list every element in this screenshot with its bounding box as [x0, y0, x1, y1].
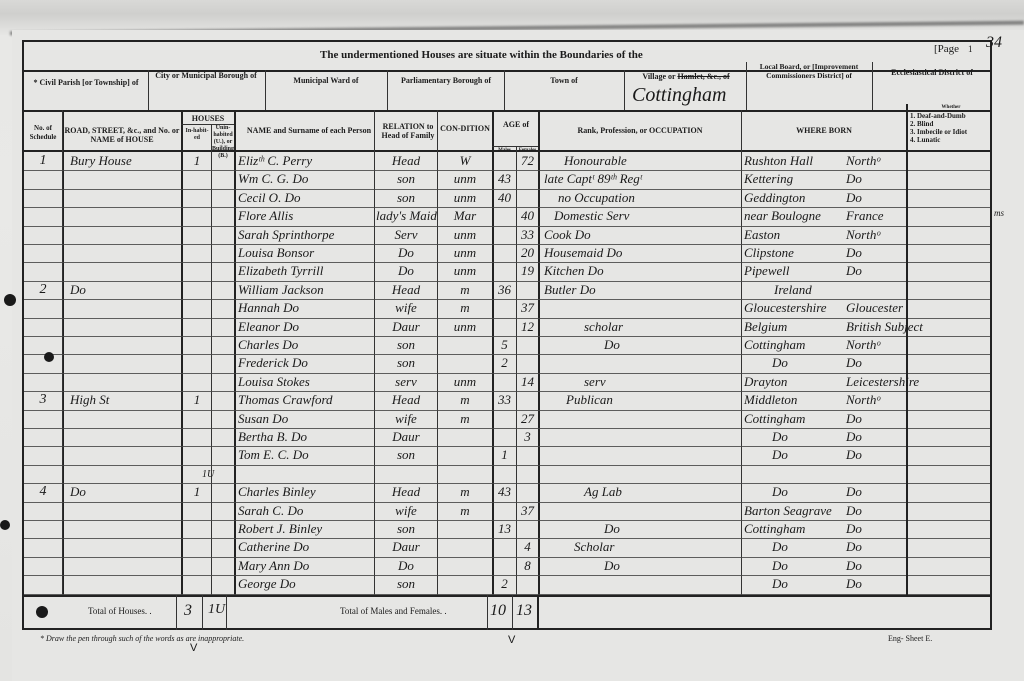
cell-born-county: Do: [846, 484, 906, 500]
cell-relation: Daur: [376, 539, 436, 555]
cell-born-county: Do: [846, 539, 906, 555]
row-rule: [908, 336, 990, 337]
whether-title: Whether: [910, 104, 992, 112]
cell-name: William Jackson: [238, 282, 374, 298]
total-females: 13: [516, 602, 532, 620]
cell-born-county: Gloucester: [846, 300, 906, 316]
row-rule: [908, 299, 990, 300]
row-rule: [908, 557, 990, 558]
cell-occupation: no Occupation: [558, 190, 754, 206]
row-rule: [908, 428, 990, 429]
binding-hole: [36, 606, 48, 618]
cell-born-county: Do: [846, 558, 906, 574]
cell-inhabited: 1: [183, 484, 211, 500]
cell-male-age: 2: [493, 576, 516, 592]
cell-name: Robert J. Binley: [238, 521, 374, 537]
row-rule: [908, 520, 990, 521]
cell-born-county: Do: [846, 263, 906, 279]
total-houses-label: Total of Houses. .: [88, 606, 152, 616]
col-occupation: Rank, Profession, or OCCUPATION: [540, 126, 740, 135]
civil-parish-label: * Civil Parish [or Township] of: [26, 78, 146, 87]
cell-born-county: Leicestershire: [846, 374, 906, 390]
ecclesiastical-label: Ecclesiastical District of: [874, 68, 990, 77]
binding-hole: [44, 352, 54, 362]
cell-born-place: Easton: [744, 227, 854, 243]
cell-occupation: Publican: [566, 392, 762, 408]
cell-female-age: 14: [517, 374, 538, 390]
page-number: 1: [968, 44, 973, 54]
cell-relation: Do: [376, 263, 436, 279]
total-uninhabited: 1U: [208, 602, 225, 618]
row-rule: [908, 170, 990, 171]
cell-road: Do: [70, 282, 180, 298]
col-males: Males: [493, 147, 516, 154]
cell-occupation: Domestic Serv: [554, 208, 750, 224]
row-rule: [908, 575, 990, 576]
cell-name: Bertha B. Do: [238, 429, 374, 445]
parliamentary-borough-label: Parliamentary Borough of: [390, 76, 502, 85]
col-whether: Whether 1. Deaf-and-Dumb 2. Blind 3. Imb…: [910, 104, 992, 144]
row-rule: [908, 410, 990, 411]
row-rule: [908, 207, 990, 208]
cell-relation: lady's Maid: [376, 208, 436, 224]
cell-condition: unm: [439, 227, 491, 243]
cell-born-county: Do: [846, 576, 906, 592]
cell-born-county: Do: [846, 171, 906, 187]
cell-born-county: Do: [846, 190, 906, 206]
col-relation: RELATION to Head of Family: [380, 122, 436, 140]
row-rule: [908, 262, 990, 263]
row-rule: [908, 226, 990, 227]
cell-born-place: Cottingham: [744, 411, 854, 427]
sheet-code: Eng- Sheet E.: [888, 634, 932, 643]
cell-relation: Daur: [376, 429, 436, 445]
cell-name: Charles Binley: [238, 484, 374, 500]
margin-note: ms: [994, 208, 1004, 218]
cell-relation: Daur: [376, 319, 436, 335]
cell-relation: serv: [376, 374, 436, 390]
cell-relation: son: [376, 576, 436, 592]
cell-relation: Do: [376, 245, 436, 261]
cell-born-county: France: [846, 208, 906, 224]
cell-road: Bury House: [70, 153, 180, 169]
binding-hole: [0, 520, 10, 530]
village-value: Cottingham: [632, 84, 726, 107]
cell-name: Catherine Do: [238, 539, 374, 555]
cell-condition: unm: [439, 190, 491, 206]
col-name: NAME and Surname of each Person: [246, 126, 372, 135]
check-mark-1: V: [190, 642, 197, 654]
check-mark-2: V: [508, 634, 515, 646]
cell-relation: Head: [376, 282, 436, 298]
col-uninhabited: Unin-habited (U.), or Building (B.): [212, 125, 234, 160]
cell-born-place: Clipstone: [744, 245, 854, 261]
col-houses: HOUSES: [183, 114, 233, 123]
row-rule: [908, 281, 990, 282]
cell-occupation: Scholar: [574, 539, 770, 555]
footnote: * Draw the pen through such of the words…: [40, 634, 244, 643]
cell-name: George Do: [238, 576, 374, 592]
whether-item-1: 1. Deaf-and-Dumb: [910, 112, 992, 120]
cell-name: Elizᵗʰ C. Perry: [238, 153, 374, 169]
folio-number: 34: [986, 34, 1002, 52]
row-rule: [908, 446, 990, 447]
cell-occupation: Housemaid Do: [544, 245, 740, 261]
cell-born-place: Drayton: [744, 374, 854, 390]
cell-name: Louisa Bonsor: [238, 245, 374, 261]
cell-male-age: 40: [493, 190, 516, 206]
cell-name: Tom E. C. Do: [238, 447, 374, 463]
cell-name: Susan Do: [238, 411, 374, 427]
cell-born-county: Do: [846, 245, 906, 261]
cell-name: Cecil O. Do: [238, 190, 374, 206]
cell-schedule: 1: [24, 153, 62, 169]
cell-relation: wife: [376, 300, 436, 316]
col-condition: CON-DITION: [440, 124, 490, 133]
total-inhabited: 3: [184, 602, 192, 620]
cell-born-place: Belgium: [744, 319, 854, 335]
row-rule: [908, 538, 990, 539]
cell-relation: son: [376, 521, 436, 537]
cell-female-age: 72: [517, 153, 538, 169]
row-rule: [24, 465, 906, 466]
col-age: AGE of: [494, 120, 538, 129]
cell-born-county: Northᵒ: [846, 392, 906, 408]
col-inhabited: In-habit-ed: [183, 128, 211, 142]
page-label: [Page: [934, 43, 959, 55]
cell-female-age: 8: [517, 558, 538, 574]
cell-born-place: Geddington: [744, 190, 854, 206]
cell-born-place: near Boulogne: [744, 208, 854, 224]
cell-condition: m: [439, 411, 491, 427]
col-where-born: WHERE BORN: [743, 126, 905, 135]
row-rule: [908, 391, 990, 392]
cell-occupation: Ag Lab: [584, 484, 780, 500]
cell-relation: Head: [376, 153, 436, 169]
cell-occupation: Butler Do: [544, 282, 740, 298]
cell-road: Do: [70, 484, 180, 500]
cell-relation: son: [376, 447, 436, 463]
cell-male-age: 43: [493, 171, 516, 187]
cell-born-place: Kettering: [744, 171, 854, 187]
cell-relation: Do: [376, 558, 436, 574]
cell-relation: Head: [376, 392, 436, 408]
cell-occupation: Cook Do: [544, 227, 740, 243]
cell-relation: son: [376, 337, 436, 353]
cell-name: Elizabeth Tyrrill: [238, 263, 374, 279]
row-rule: [908, 373, 990, 374]
cell-female-age: 37: [517, 300, 538, 316]
cell-male-age: 2: [493, 355, 516, 371]
total-males: 10: [490, 602, 506, 620]
cell-condition: m: [439, 484, 491, 500]
cell-born-place: Rushton Hall: [744, 153, 854, 169]
cell-name: Louisa Stokes: [238, 374, 374, 390]
cell-relation: Serv: [376, 227, 436, 243]
local-board-label: Local Board, or [Improvement Commissione…: [748, 62, 870, 80]
col-road: ROAD, STREET, &c., and No. or NAME of HO…: [64, 126, 180, 144]
cell-male-age: 5: [493, 337, 516, 353]
cell-relation: son: [376, 355, 436, 371]
cell-female-age: 12: [517, 319, 538, 335]
cell-name: Thomas Crawford: [238, 392, 374, 408]
cell-occupation: late Captᵗ 89ᵗʰ Regᵗ: [544, 171, 740, 187]
whether-item-2: 2. Blind: [910, 120, 992, 128]
cell-name: Mary Ann Do: [238, 558, 374, 574]
cell-born-place: Cottingham: [744, 337, 854, 353]
cell-male-age: 43: [493, 484, 516, 500]
cell-condition: m: [439, 503, 491, 519]
cell-condition: m: [439, 392, 491, 408]
cell-relation: wife: [376, 411, 436, 427]
cell-schedule: 3: [24, 392, 62, 408]
cell-female-age: 37: [517, 503, 538, 519]
cell-born-place: Barton Seagrave: [744, 503, 854, 519]
cell-male-age: 13: [493, 521, 516, 537]
cell-name: Flore Allis: [238, 208, 374, 224]
town-label: Town of: [506, 76, 622, 85]
cell-born-county: Do: [846, 447, 906, 463]
cell-schedule: 2: [24, 282, 62, 298]
cell-born-county: Do: [846, 411, 906, 427]
cell-name: Charles Do: [238, 337, 374, 353]
cell-female-age: 3: [517, 429, 538, 445]
cell-male-age: 1: [493, 447, 516, 463]
row-rule: [908, 354, 990, 355]
cell-condition: unm: [439, 319, 491, 335]
cell-born-county: Northᵒ: [846, 337, 906, 353]
cell-male-age: 36: [493, 282, 516, 298]
cell-born-place: Pipewell: [744, 263, 854, 279]
cell-born-county: Do: [846, 355, 906, 371]
cell-born-county: Northᵒ: [846, 153, 906, 169]
row-rule: [908, 483, 990, 484]
cell-name: Sarah Sprinthorpe: [238, 227, 374, 243]
cell-relation: son: [376, 171, 436, 187]
cell-born-county: Do: [846, 521, 906, 537]
cell-female-age: 4: [517, 539, 538, 555]
village-label: Village or Hamlet, &c., of: [628, 72, 744, 81]
cell-occupation: Honourable: [564, 153, 760, 169]
cell-condition: m: [439, 300, 491, 316]
whether-item-3: 3. Imbecile or Idiot: [910, 128, 992, 136]
village-struck-text: Hamlet, &c., of: [677, 72, 729, 81]
cell-name: Hannah Do: [238, 300, 374, 316]
cell-relation: wife: [376, 503, 436, 519]
row-rule: [908, 244, 990, 245]
cell-born-county: Northᵒ: [846, 227, 906, 243]
cell-occupation: Do: [604, 558, 800, 574]
cell-name: Frederick Do: [238, 355, 374, 371]
cell-inhabited: 1: [183, 392, 211, 408]
cell-relation: Head: [376, 484, 436, 500]
form-title: The undermentioned Houses are situate wi…: [320, 49, 643, 61]
cell-male-age: 33: [493, 392, 516, 408]
cell-condition: Mar: [439, 208, 491, 224]
cell-inhabited: 1: [183, 153, 211, 169]
municipal-ward-label: Municipal Ward of: [268, 76, 384, 85]
total-persons-label: Total of Males and Females. .: [340, 606, 447, 616]
cell-female-age: 33: [517, 227, 538, 243]
cell-condition: unm: [439, 374, 491, 390]
cell-born-county: British Subject: [846, 319, 906, 335]
cell-born-place: Gloucestershire: [744, 300, 854, 316]
cell-road: High St: [70, 392, 180, 408]
cell-name: Eleanor Do: [238, 319, 374, 335]
cell-name: Sarah C. Do: [238, 503, 374, 519]
binding-hole: [4, 294, 16, 306]
cell-female-age: 40: [517, 208, 538, 224]
whether-item-4: 4. Lunatic: [910, 136, 992, 144]
row-rule: [908, 465, 990, 466]
row-rule: [908, 189, 990, 190]
cell-uninhabited: 1U: [202, 469, 214, 480]
cell-occupation: Kitchen Do: [544, 263, 740, 279]
cell-female-age: 19: [517, 263, 538, 279]
cell-condition: unm: [439, 245, 491, 261]
cell-condition: unm: [439, 171, 491, 187]
cell-schedule: 4: [24, 484, 62, 500]
cell-born-place: Ireland: [774, 282, 884, 298]
cell-born-county: Do: [846, 503, 906, 519]
col-schedule: No. of Schedule: [24, 124, 62, 142]
cell-relation: son: [376, 190, 436, 206]
cell-female-age: 27: [517, 411, 538, 427]
city-borough-label: City or Municipal Borough of: [150, 71, 262, 80]
cell-condition: W: [439, 153, 491, 169]
cell-born-place: Cottingham: [744, 521, 854, 537]
cell-condition: unm: [439, 263, 491, 279]
cell-born-place: Middleton: [744, 392, 854, 408]
cell-condition: m: [439, 282, 491, 298]
row-rule: [908, 502, 990, 503]
cell-born-county: Do: [846, 429, 906, 445]
cell-female-age: 20: [517, 245, 538, 261]
cell-name: Wm C. G. Do: [238, 171, 374, 187]
